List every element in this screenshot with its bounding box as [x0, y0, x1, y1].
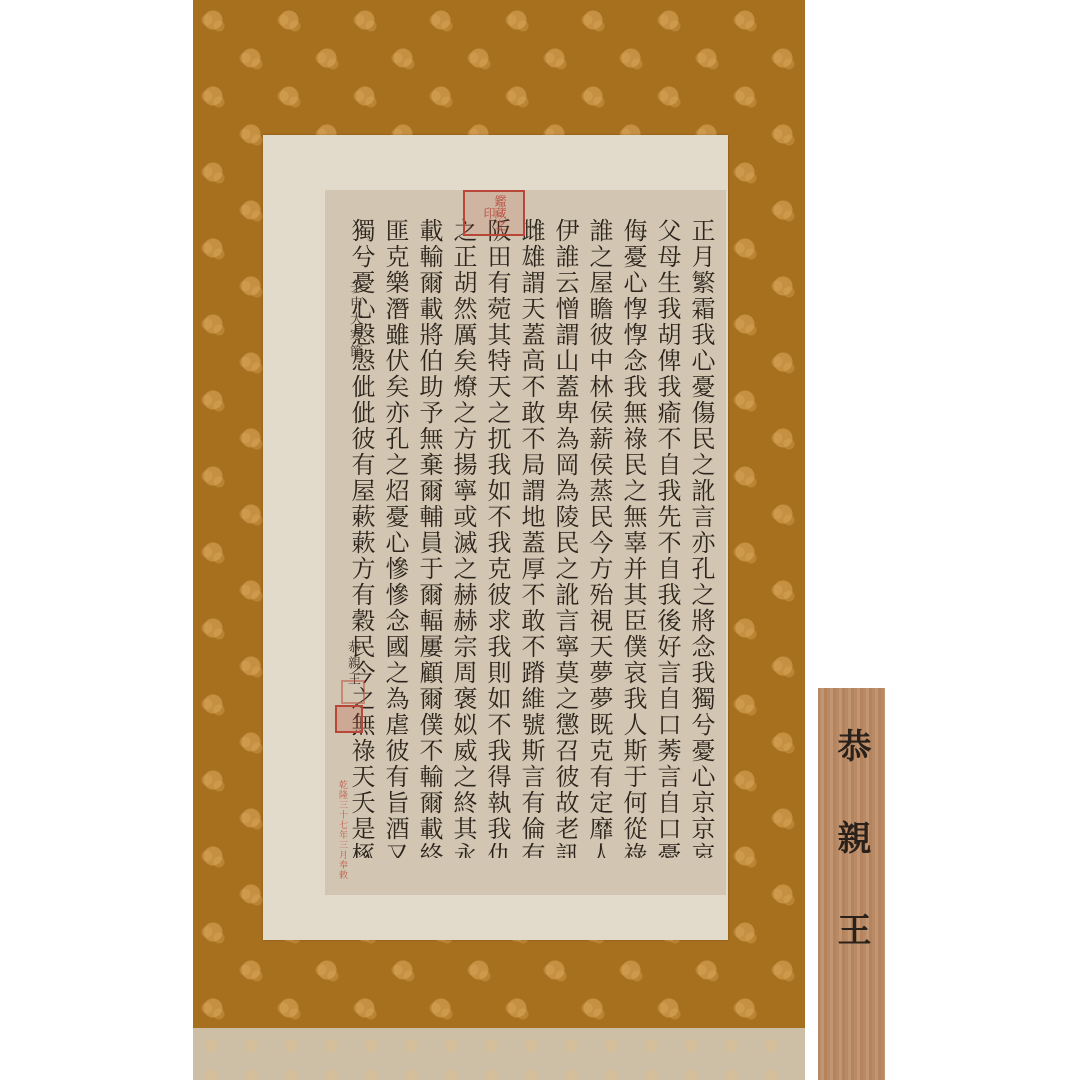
signature-seal-icon: [341, 680, 365, 704]
poem-column: 匪克樂潛雖伏矣亦孔之炤憂心慘慘念國之為虐彼有旨酒又有嘉殽洽比其鄰昏姻孔云念我: [380, 218, 410, 858]
paper-mat: 正月繁霜我心憂傷民之訛言亦孔之將念我獨兮憂心京京哀我小心癙憂以痒 父母生我胡俾我…: [263, 135, 728, 940]
poem-column: 阪田有菀其特天之扤我如不我克彼求我則如不我得執我仇仇亦不我力心之憂矣如或結之今茲: [482, 218, 512, 858]
poem-column: 雌雄謂天蓋高不敢不局謂地蓋厚不敢不蹐維號斯言有倫有脊哀今之人胡為虺蜴瞻彼: [516, 218, 546, 858]
poem-column: 之正胡然厲矣燎之方揚寧或滅之赫赫宗周褒姒威之終其永懷又窘陰雨其車既載乃棄爾輔: [448, 218, 478, 858]
signature-seal-icon: [335, 705, 363, 733]
poem-column: 侮憂心惸惸念我無祿民之無辜并其臣僕哀我人斯于何從祿瞻烏爰止于: [618, 218, 648, 858]
hanging-scroll: 正月繁霜我心憂傷民之訛言亦孔之將念我獨兮憂心京京哀我小心癙憂以痒 父母生我胡俾我…: [193, 0, 805, 1080]
poem-text: 正月繁霜我心憂傷民之訛言亦孔之將念我獨兮憂心京京哀我小心癙憂以痒 父母生我胡俾我…: [346, 218, 716, 858]
calligraphy-paper: 正月繁霜我心憂傷民之訛言亦孔之將念我獨兮憂心京京哀我小心癙憂以痒 父母生我胡俾我…: [325, 190, 726, 895]
bottom-fabric-strip: [193, 1028, 805, 1080]
red-inscription: 乾隆三十七年三月奉敕: [325, 780, 347, 900]
wooden-box-lid: 恭親王: [818, 688, 885, 1080]
collector-seal-icon: 鑑藏之印: [463, 190, 525, 236]
poem-column: 伊誰云憎謂山蓋卑為岡為陵民之訛言寧莫之懲召彼故老訊之占夢具曰予聖誰知烏: [550, 218, 580, 858]
poem-column: 誰之屋瞻彼中林侯薪侯蒸民今方殆視天夢夢既克有定靡人弗勝有皇上帝: [584, 218, 614, 858]
poem-column: 載輸爾載將伯助予無棄爾輔員于爾輻屢顧爾僕不輸爾載終踰絕險曾是不意魚在于沼亦: [414, 218, 444, 858]
poem-column: 正月繁霜我心憂傷民之訛言亦孔之將念我獨兮憂心京京哀我小心癙憂以痒: [686, 218, 716, 858]
date-line: 壬申大寒節: [345, 280, 364, 360]
box-label: 恭親王: [818, 728, 885, 1004]
poem-column: 父母生我胡俾我瘉不自我先不自我後好言自口莠言自口憂心愈愈是以有: [652, 218, 682, 858]
